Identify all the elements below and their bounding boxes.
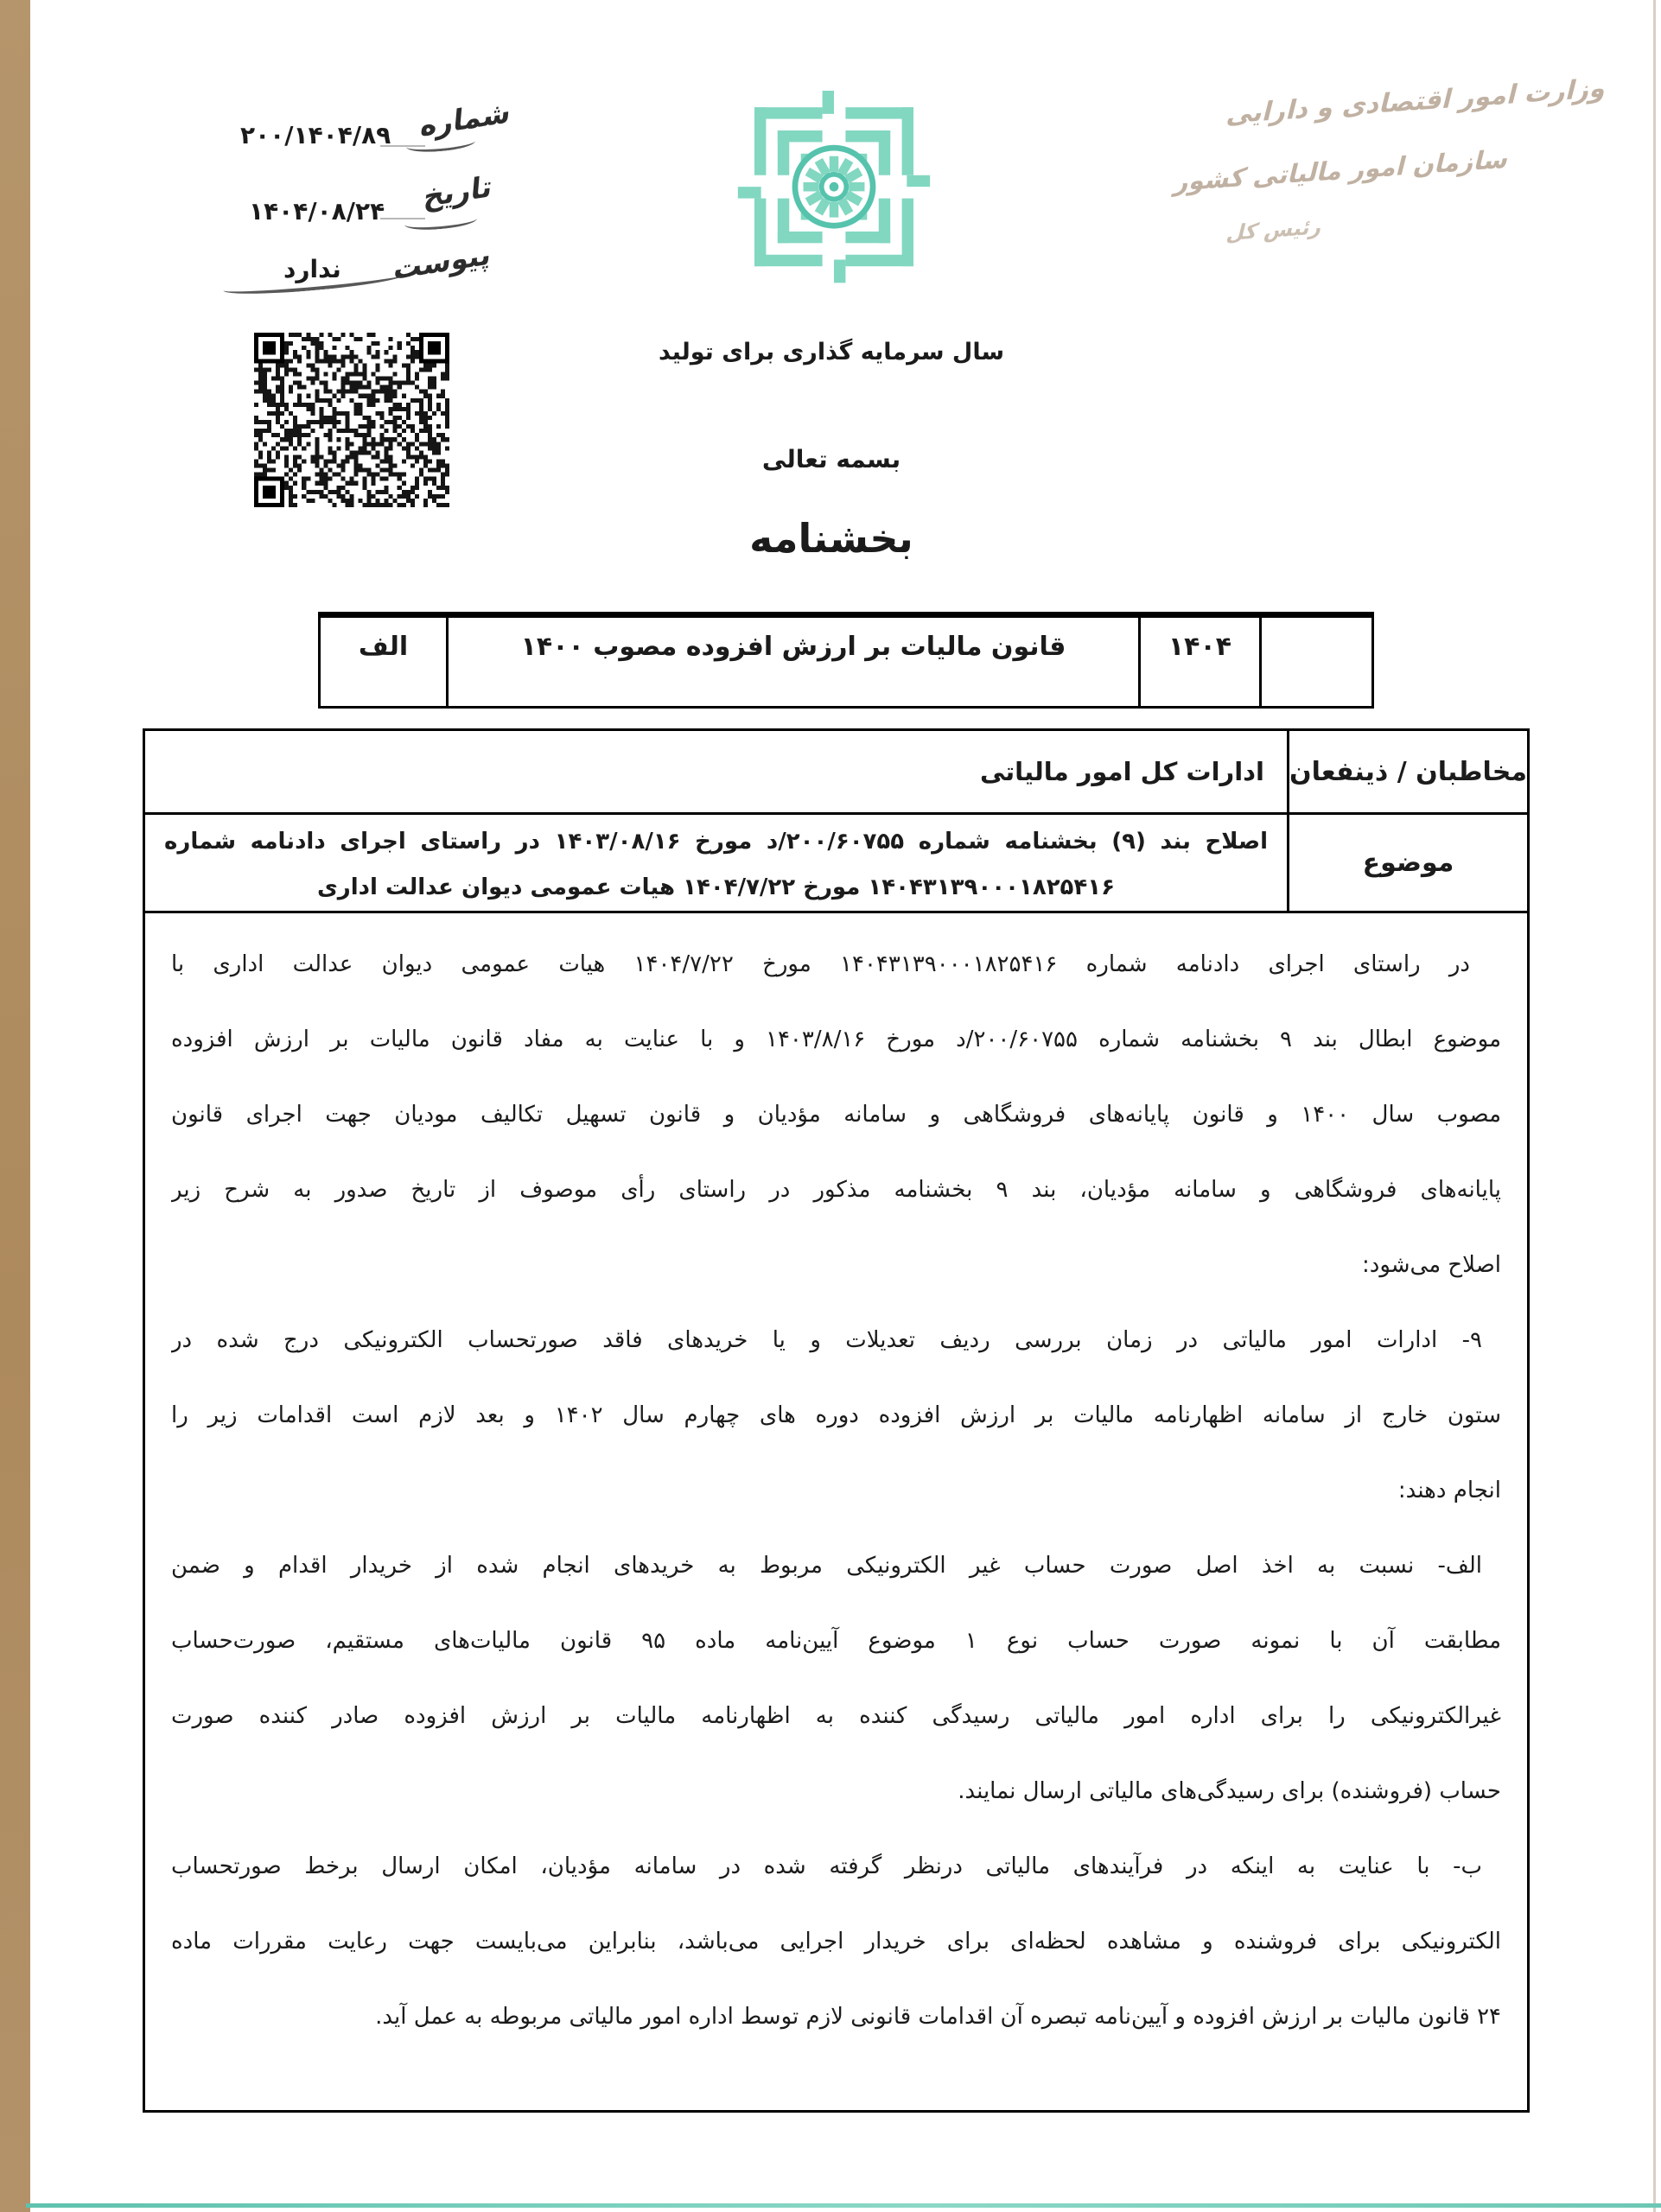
body-line: موضوع ابطال بند ۹ بخشنامه شماره ۲۰۰/۶۰۷۵… <box>171 1002 1501 1077</box>
body-line: پایانه‌های فروشگاهی و سامانه مؤدیان، بند… <box>171 1153 1501 1228</box>
body-line: غیرالکترونیکی را برای اداره امور مالیاتی… <box>171 1679 1501 1754</box>
circular-body: در راستای اجرای دادنامه شماره ۱۴۰۴۳۱۳۹۰۰… <box>145 913 1527 2110</box>
letterhead-organization-text: سازمان امور مالیاتی کشور <box>1172 143 1512 197</box>
number-label: شماره <box>420 102 511 136</box>
date-connector-line <box>380 218 425 219</box>
audience-row: مخاطبان / ذینفعان ادارات کل امور مالیاتی <box>145 731 1527 815</box>
audience-label: مخاطبان / ذینفعان <box>1287 731 1527 812</box>
letterhead-ministry-text: وزارت امور اقتصادی و دارایی <box>1224 73 1611 130</box>
bismillah: بسمه تعالی <box>486 445 1177 474</box>
qr-code <box>254 333 449 507</box>
subject-row: موضوع اصلاح بند (۹) بخشنامه شماره ۲۰۰/۶۰… <box>145 815 1527 913</box>
subject-line-2: ۱۴۰۴۳۱۳۹۰۰۰۱۸۲۵۴۱۶ مورخ ۱۴۰۴/۷/۲۲ هیات ع… <box>164 865 1268 910</box>
body-line: ۹- ادارات امور مالیاتی در زمان بررسی ردی… <box>171 1303 1501 1378</box>
date-label: تاریخ <box>423 175 493 208</box>
body-line: ستون خارج از سامانه اظهارنامه مالیات بر … <box>171 1378 1501 1453</box>
classification-year-cell: ۱۴۰۴ <box>1138 618 1259 706</box>
document-type-title: بخشنامه <box>486 515 1177 562</box>
body-line: الف- نسبت به اخذ اصل صورت حساب غیر الکتر… <box>171 1529 1501 1604</box>
classification-letter-cell: الف <box>321 618 446 706</box>
circular-info-table: مخاطبان / ذینفعان ادارات کل امور مالیاتی… <box>143 728 1530 2113</box>
body-line: الکترونیکی برای فروشنده و مشاهده لحظه‌ای… <box>171 1904 1501 1980</box>
body-line: مصوب سال ۱۴۰۰ و قانون پایانه‌های فروشگاه… <box>171 1077 1501 1153</box>
body-line: حساب (فروشنده) برای رسیدگی‌های مالیاتی ا… <box>171 1754 1501 1829</box>
body-line: در راستای اجرای دادنامه شماره ۱۴۰۴۳۱۳۹۰۰… <box>171 927 1501 1002</box>
attachment-label: پیوست <box>393 245 492 278</box>
body-line: ب- با عنایت به اینکه در فرآیندهای مالیات… <box>171 1829 1501 1904</box>
scan-left-edge <box>0 0 30 2212</box>
date-label-swash <box>404 211 477 232</box>
letterhead-office-text: رئیس کل <box>1225 214 1326 245</box>
letterhead-office: رئیس کل <box>1227 218 1322 242</box>
scan-right-edge <box>1653 0 1656 2212</box>
classification-subject-cell: قانون مالیات بر ارزش افزوده مصوب ۱۴۰۰ <box>446 618 1138 706</box>
classification-serial-cell <box>1259 618 1371 706</box>
subject-value: اصلاح بند (۹) بخشنامه شماره ۲۰۰/۶۰۷۵۵/د … <box>145 815 1287 911</box>
scan-bottom-edge <box>26 2203 1661 2208</box>
letterhead-organization: سازمان امور مالیاتی کشور <box>1175 156 1510 185</box>
number-value: ۲۰۰/۱۴۰۴/۸۹ <box>240 121 391 149</box>
tax-administration-logo-icon <box>735 82 933 302</box>
attachment-value: ندارد <box>283 255 341 283</box>
circular-document-page: وزارت امور اقتصادی و دارایی سازمان امور … <box>0 0 1661 2212</box>
date-value: ۱۴۰۴/۰۸/۲۴ <box>249 197 385 226</box>
body-line: انجام دهند: <box>171 1453 1501 1529</box>
body-line: ۲۴ قانون مالیات بر ارزش افزوده و آیین‌نا… <box>171 1980 1501 2055</box>
year-slogan: سال سرمایه گذاری برای تولید <box>486 339 1177 365</box>
classification-table: ۱۴۰۴ قانون مالیات بر ارزش افزوده مصوب ۱۴… <box>318 612 1374 709</box>
number-label-swash <box>405 134 475 155</box>
subject-label: موضوع <box>1287 815 1527 911</box>
audience-value: ادارات کل امور مالیاتی <box>145 731 1287 812</box>
body-line: اصلاح می‌شود: <box>171 1228 1501 1303</box>
body-line: مطابقت آن با نمونه صورت حساب نوع ۱ موضوع… <box>171 1604 1501 1679</box>
letterhead-ministry: وزارت امور اقتصادی و دارایی <box>1227 86 1607 117</box>
subject-line-1: اصلاح بند (۹) بخشنامه شماره ۲۰۰/۶۰۷۵۵/د … <box>164 818 1268 865</box>
